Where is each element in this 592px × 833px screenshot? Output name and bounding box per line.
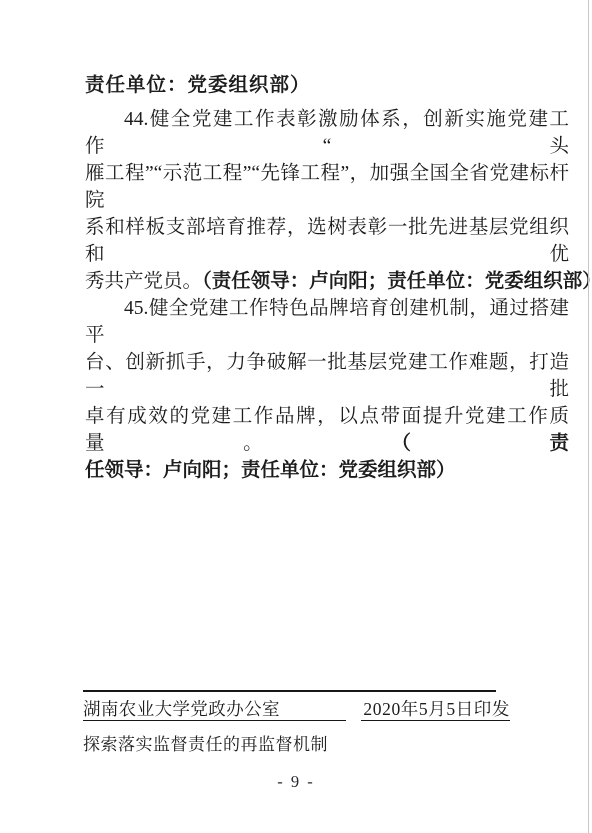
para45-line-2-text: 台、创新抓手，力争破解一批基层党建工作难题，打造一批 bbox=[85, 352, 569, 400]
document-page: 责任单位：党委组织部） 44.健全党建工作表彰激励体系，创新实施党建工作“头 雁… bbox=[0, 0, 592, 833]
para44-line-2-text: 雁工程”“示范工程”“先锋工程”，加强全国全省党建标杆院 bbox=[85, 163, 569, 211]
print-footer: 湖南农业大学党政办公室 2020年5月5日印发 探索落实监督责任的再监督机制 bbox=[83, 690, 510, 756]
document-body: 责任单位：党委组织部） 44.健全党建工作表彰激励体系，创新实施党建工作“头 雁… bbox=[85, 72, 569, 484]
paragraph-44: 44.健全党建工作表彰激励体系，创新实施党建工作“头 雁工程”“示范工程”“先锋… bbox=[85, 106, 569, 295]
carryover-responsible-unit-line: 责任单位：党委组织部） bbox=[85, 72, 569, 99]
footer-issuer-office: 湖南农业大学党政办公室 bbox=[83, 698, 346, 721]
para44-responsible-leader-bold-text: （责任领导：卢向阳；责任单位：党委组织部） bbox=[202, 271, 592, 292]
para45-line-2: 台、创新抓手，力争破解一批基层党建工作难题，打造一批 bbox=[85, 349, 569, 403]
para44-line-4-normal-text: 秀共产党员。 bbox=[85, 271, 202, 292]
para44-line-1: 44.健全党建工作表彰激励体系，创新实施党建工作“头 bbox=[85, 106, 569, 160]
footer-top-rule bbox=[83, 690, 496, 692]
para45-responsible-leader-line: 任领导：卢向阳；责任单位：党委组织部） bbox=[85, 457, 569, 484]
para44-line-1-text: 44.健全党建工作表彰激励体系，创新实施党建工作“头 bbox=[85, 109, 569, 157]
para44-line-3-text: 系和样板支部培育推荐，选树表彰一批先进基层党组织和优 bbox=[85, 217, 569, 265]
paragraph-45: 45.健全党建工作特色品牌培育创建机制，通过搭建平 台、创新抓手，力争破解一批基… bbox=[85, 295, 569, 484]
footer-supervision-note: 探索落实监督责任的再监督机制 bbox=[83, 734, 510, 756]
para45-line-3-bold-text: （责 bbox=[401, 433, 569, 454]
page-number: - 9 - bbox=[0, 772, 592, 792]
para44-line-4: 秀共产党员。（责任领导：卢向阳；责任单位：党委组织部） bbox=[85, 268, 569, 295]
para45-line-1: 45.健全党建工作特色品牌培育创建机制，通过搭建平 bbox=[85, 295, 569, 349]
footer-issuer-row: 湖南农业大学党政办公室 2020年5月5日印发 bbox=[83, 698, 510, 721]
para44-line-3: 系和样板支部培育推荐，选树表彰一批先进基层党组织和优 bbox=[85, 214, 569, 268]
para45-line-1-text: 45.健全党建工作特色品牌培育创建机制，通过搭建平 bbox=[85, 298, 569, 346]
para44-line-2: 雁工程”“示范工程”“先锋工程”，加强全国全省党建标杆院 bbox=[85, 160, 569, 214]
footer-underline-gap bbox=[346, 698, 361, 721]
para45-line-3: 卓有成效的党建工作品牌，以点带面提升党建工作质量。（责 bbox=[85, 403, 569, 457]
footer-print-date: 2020年5月5日印发 bbox=[361, 698, 510, 721]
page-edge-line bbox=[588, 0, 589, 833]
